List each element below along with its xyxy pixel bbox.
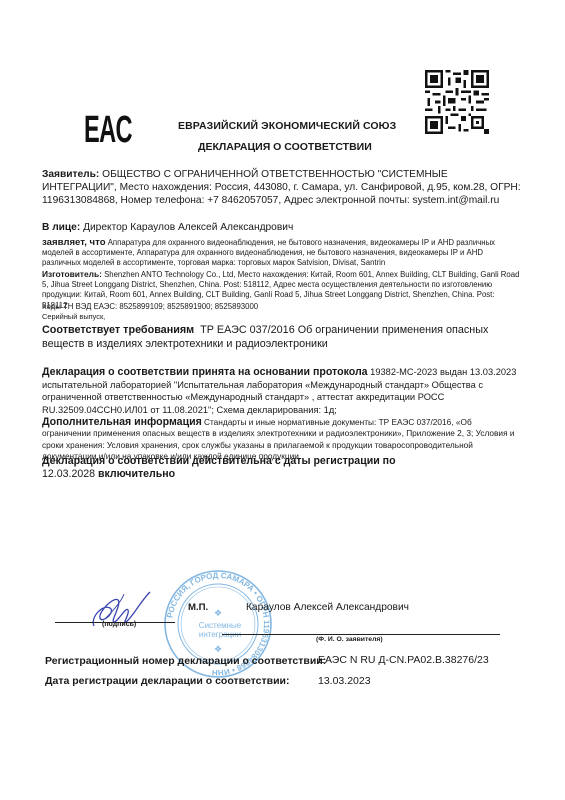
svg-text:❖: ❖ — [214, 644, 222, 654]
qr-code-icon — [425, 70, 489, 134]
document-title: ДЕКЛАРАЦИЯ О СООТВЕТСТВИИ — [198, 141, 372, 153]
protocol-label: Декларация о соответствии принята на осн… — [42, 366, 368, 378]
svg-text:Системные: Системные — [199, 621, 242, 630]
declares-label: заявляет, что — [42, 237, 106, 248]
manufacturer-label: Изготовитель: — [42, 269, 102, 279]
tn-ved-codes: Коды ТН ВЭД ЕАЭС: 8525899109; 8525891900… — [42, 302, 522, 312]
applicant-section: Заявитель: ОБЩЕСТВО С ОГРАНИЧЕННОЙ ОТВЕТ… — [42, 168, 522, 207]
applicant-label: Заявитель: — [42, 169, 99, 180]
represented-by-section: В лице: Директор Караулов Алексей Алекса… — [42, 221, 522, 234]
signer-name: Караулов Алексей Александрович — [246, 602, 409, 613]
signer-name-line — [222, 634, 500, 635]
represented-by-label: В лице: — [42, 222, 80, 233]
stamp-label: М.П. — [188, 602, 208, 613]
additional-info-label: Дополнительная информация — [42, 416, 202, 428]
protocol-details: испытательной лабораторией "Испытательна… — [42, 380, 483, 415]
represented-by-text: Директор Караулов Алексей Александрович — [83, 222, 293, 233]
serial-release: Серийный выпуск, — [42, 312, 522, 322]
declares-section: заявляет, что Аппаратура для охранного в… — [42, 238, 522, 269]
applicant-text: ОБЩЕСТВО С ОГРАНИЧЕННОЙ ОТВЕТСТВЕННОСТЬЮ… — [42, 169, 521, 206]
requirements-section: Соответствует требованиям ТР ЕАЭС 037/20… — [42, 323, 522, 351]
validity-section: Декларация о соответствии действительна … — [42, 455, 442, 481]
union-title: ЕВРАЗИЙСКИЙ ЭКОНОМИЧЕСКИЙ СОЮЗ — [178, 120, 396, 132]
eac-logo: EAC — [84, 111, 132, 149]
svg-text:❖: ❖ — [214, 608, 222, 618]
protocol-section: Декларация о соответствии принята на осн… — [42, 366, 522, 416]
registration-date-label: Дата регистрации декларации о соответств… — [45, 675, 290, 687]
validity-suffix: включительно — [98, 468, 175, 480]
signature-caption: (подпись) — [102, 621, 136, 628]
registration-number-label: Регистрационный номер декларации о соотв… — [45, 655, 326, 667]
validity-label: Декларация о соответствии действительна … — [42, 455, 396, 467]
validity-date: 12.03.2028 — [42, 468, 95, 480]
protocol-number: 19382-МС-2023 выдан 13.03.2023 — [370, 367, 516, 377]
registration-number-value: ЕАЭС N RU Д-CN.РА02.В.38276/23 — [318, 654, 489, 666]
declares-text: Аппаратура для охранного видеонаблюдения… — [42, 238, 495, 267]
signer-caption: (Ф. И. О. заявителя) — [316, 636, 383, 643]
requirements-label: Соответствует требованиям — [42, 324, 194, 336]
registration-date-value: 13.03.2023 — [318, 675, 371, 687]
